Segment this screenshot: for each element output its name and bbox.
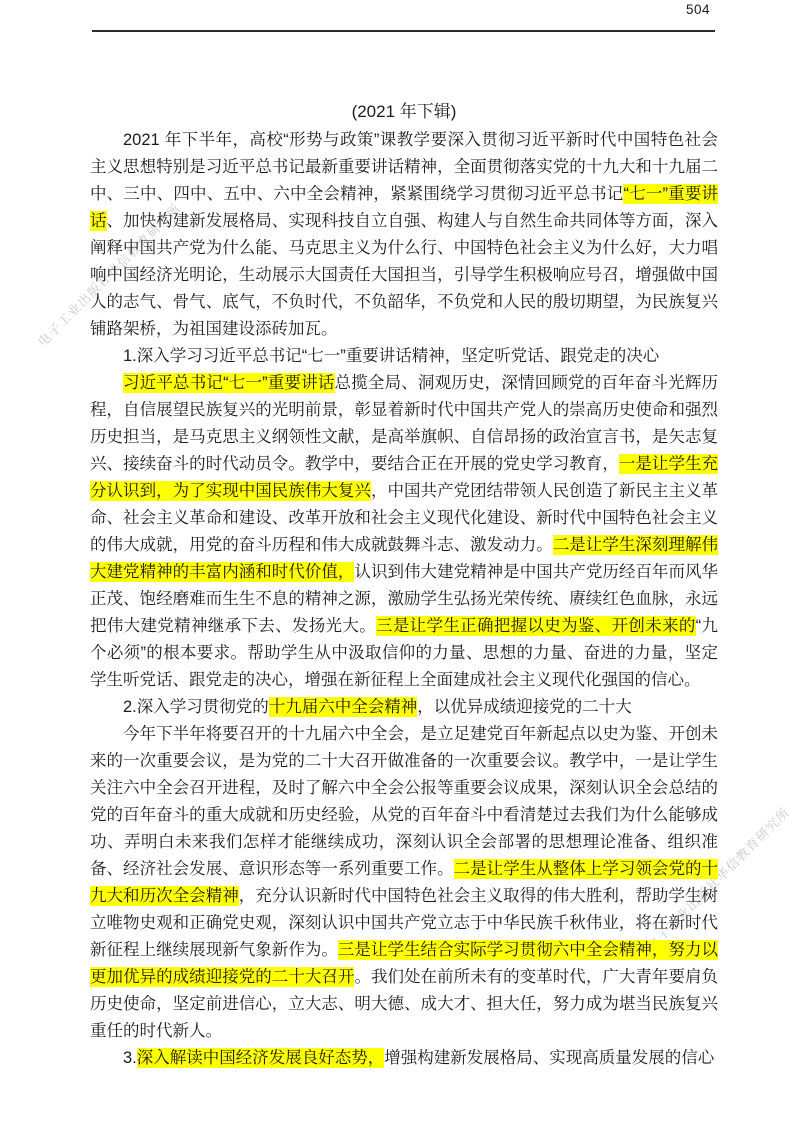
section-1-paragraph: 习近平总书记“七一”重要讲话总揽全局、洞观历史，深情回顾党的百年奋斗光辉历程，自… (90, 370, 718, 694)
text-segment: ，以优异成绩迎接党的二十大 (417, 698, 632, 716)
highlighted-text: 十九届六中全会精神 (269, 697, 418, 717)
section-2-paragraph: 今年下半年将要召开的十九届六中全会，是立足建党百年新起点以史为鉴、开创未来的一次… (90, 721, 718, 1045)
highlighted-text: 三是让学生正确把握以史为鉴、开创未来的 (376, 616, 696, 636)
section-2-heading: 2.深入学习贯彻党的十九届六中全会精神，以优异成绩迎接党的二十大 (90, 694, 718, 721)
text-segment: 、加快构建新发展格局、实现科技自立自强、构建人与自然生命共同体等方面，深入阐释中… (90, 212, 718, 338)
header-divider (92, 30, 715, 32)
text-segment: 1.深入学习习近平总书记“七一”重要讲话精神，坚定听党话、跟党走的决心 (123, 347, 659, 365)
intro-paragraph: 2021 年下半年，高校“形势与政策”课教学要深入贯彻习近平新时代中国特色社会主… (90, 127, 718, 343)
section-1-heading: 1.深入学习习近平总书记“七一”重要讲话精神，坚定听党话、跟党走的决心 (90, 343, 718, 370)
document-page: 电子工业出版社华信教育研究所 电子工业出版社华信教育研究所 504 (2021 … (0, 0, 793, 1122)
highlighted-text: 习近平总书记“七一”重要讲话 (123, 373, 335, 393)
page-number: 504 (686, 2, 710, 17)
text-segment: 增强构建新发展格局、实现高质量发展的信心 (384, 1049, 714, 1067)
highlighted-text: 深入解读中国经济发展良好态势， (137, 1048, 385, 1068)
page-title: (2021 年下辑) (90, 97, 718, 122)
text-segment: 今年下半年将要召开的十九届六中全会，是立足建党百年新起点以史为鉴、开创未来的一次… (90, 725, 718, 878)
text-segment: 2.深入学习贯彻党的 (123, 698, 269, 716)
section-3-heading: 3.深入解读中国经济发展良好态势，增强构建新发展格局、实现高质量发展的信心 (90, 1045, 718, 1072)
text-segment: 3. (123, 1049, 137, 1067)
document-body: 2021 年下半年，高校“形势与政策”课教学要深入贯彻习近平新时代中国特色社会主… (90, 127, 718, 1072)
